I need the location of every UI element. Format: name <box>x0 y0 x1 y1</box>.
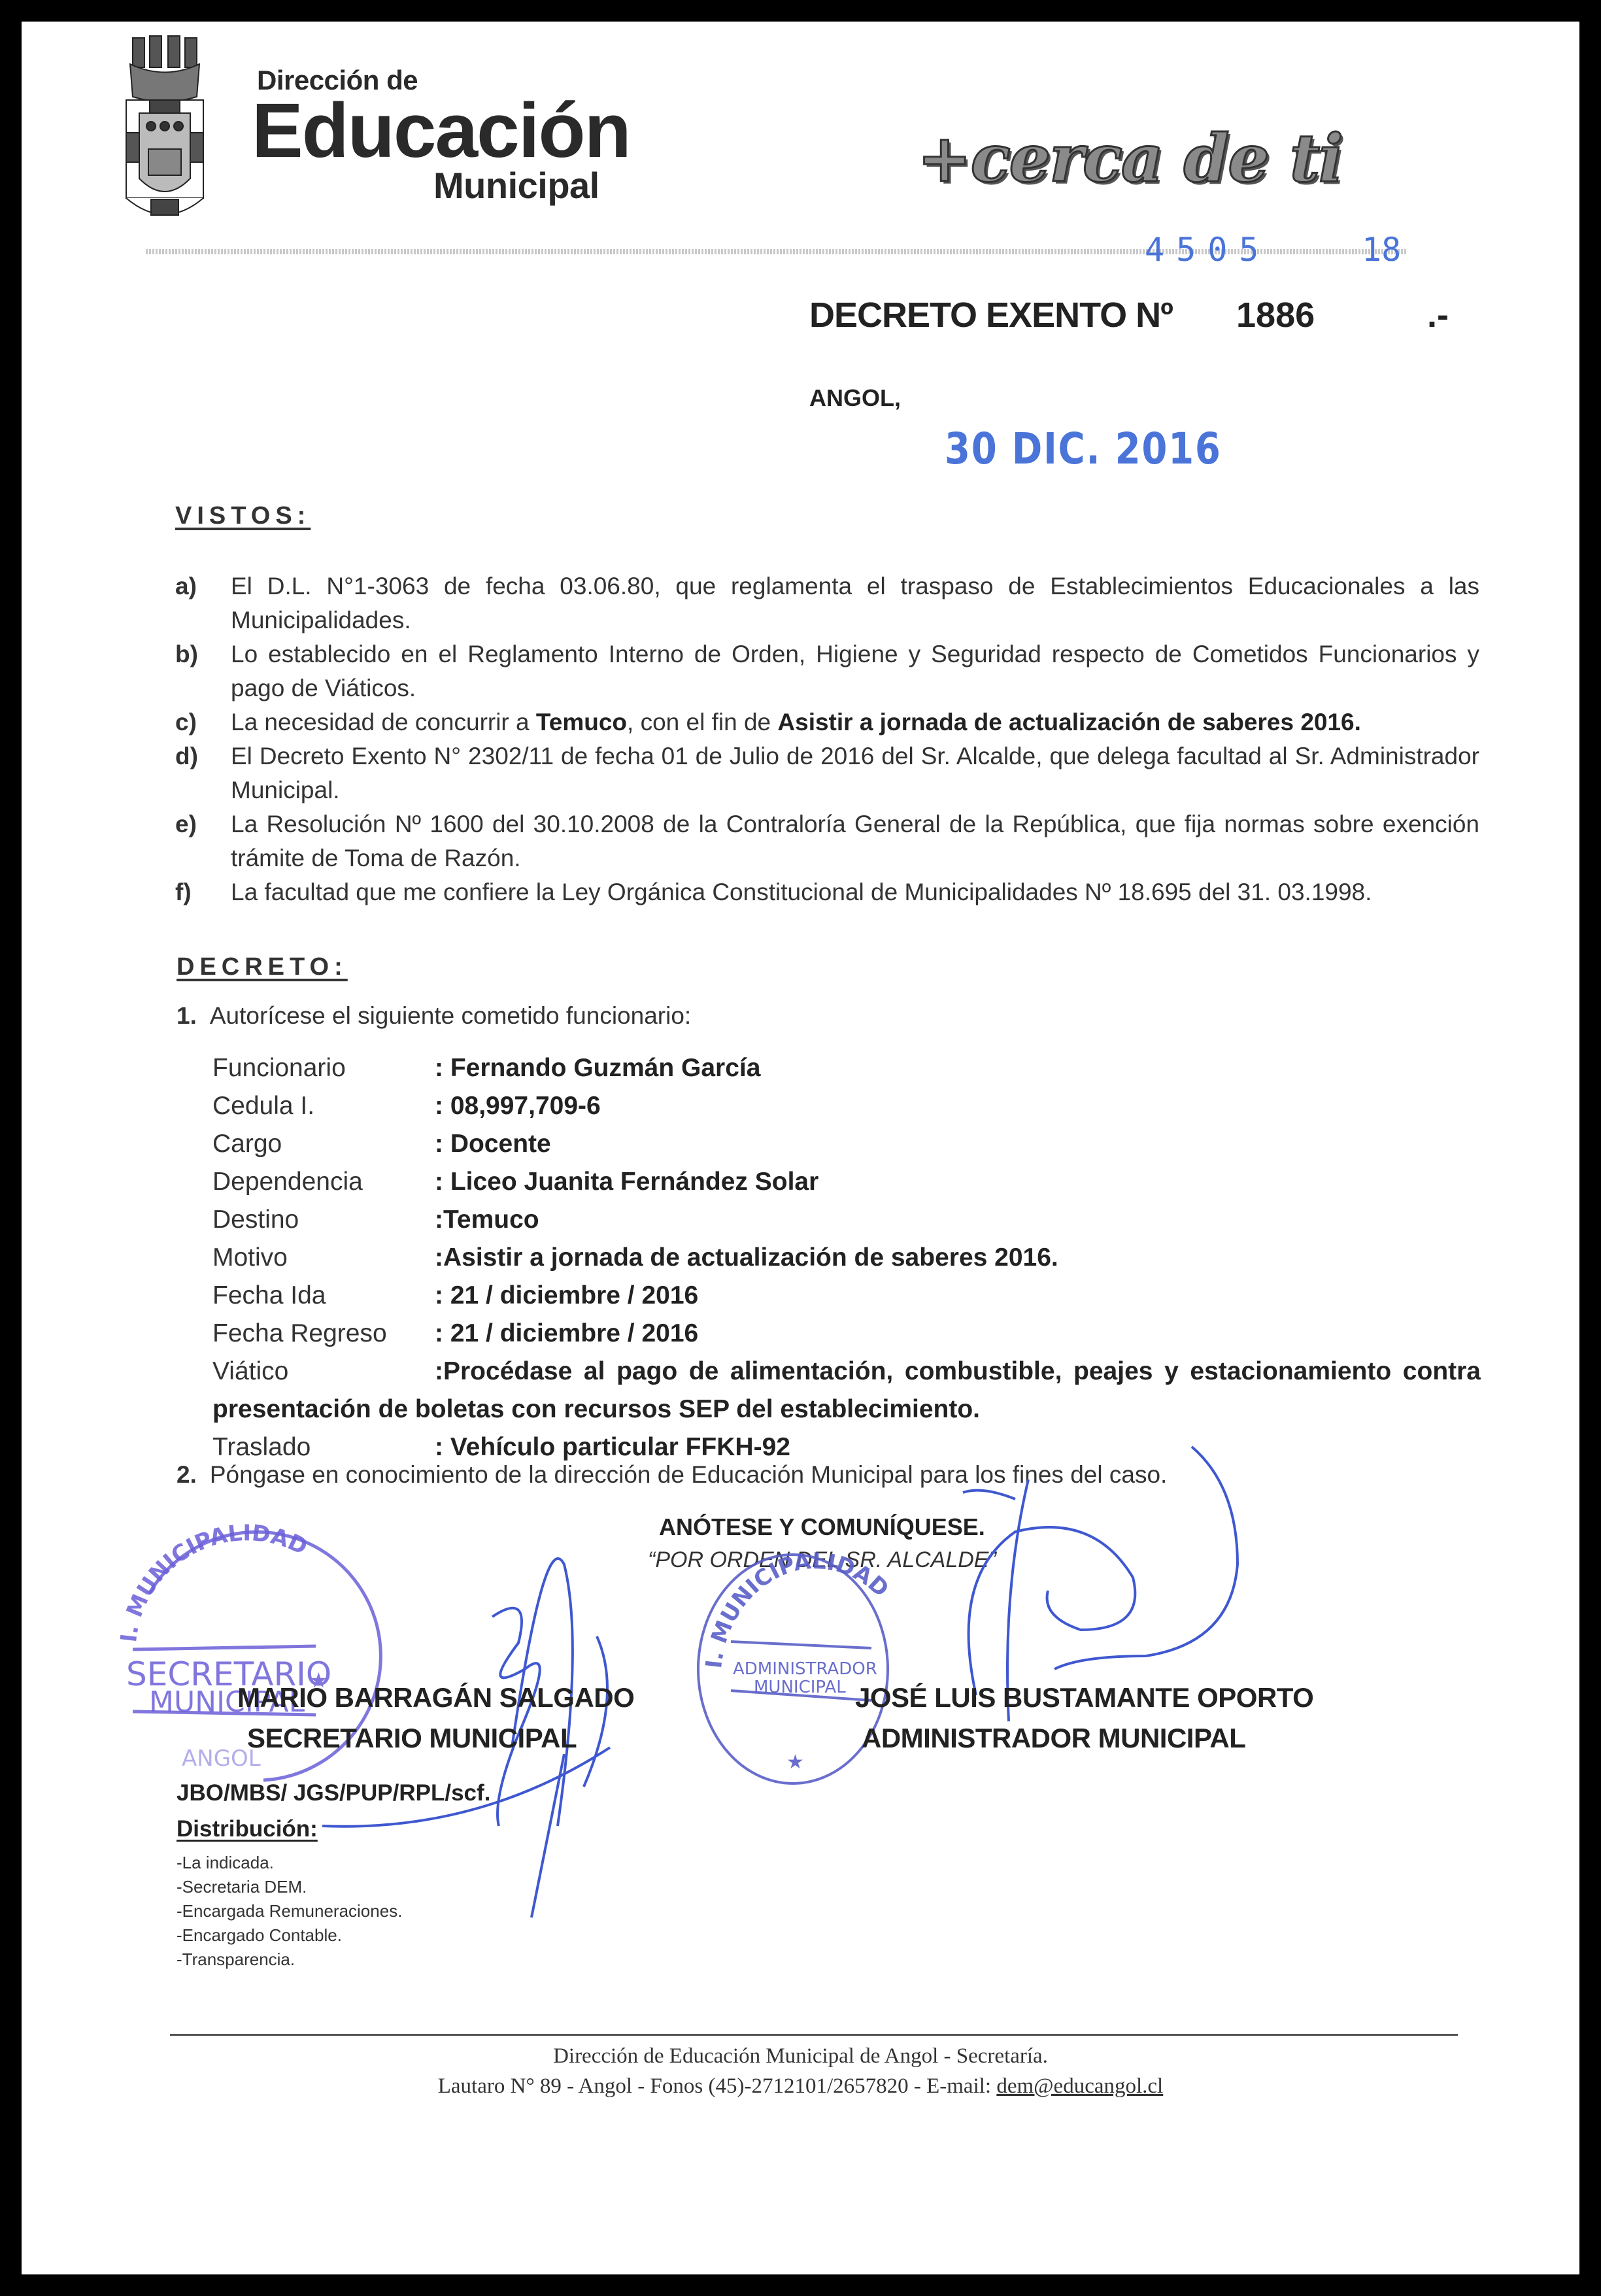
field-value: : Docente <box>435 1125 551 1163</box>
decree-number: 1886 <box>1236 295 1315 335</box>
item-number: 1. <box>177 1002 197 1029</box>
field-value: : Liceo Juanita Fernández Solar <box>435 1163 818 1201</box>
item-text: La necesidad de concurrir a Temuco, con … <box>231 705 1479 739</box>
decreto-item-2: 2.Póngase en conocimiento de la direcció… <box>177 1461 1167 1489</box>
field-value: : 21 / diciembre / 2016 <box>435 1315 698 1353</box>
decree-number-suffix: .- <box>1427 295 1449 335</box>
field-value: : 21 / diciembre / 2016 <box>435 1277 698 1315</box>
field-row-dependencia: Dependencia: Liceo Juanita Fernández Sol… <box>212 1163 1481 1201</box>
received-stamp-suffix: 18 <box>1362 231 1401 269</box>
svg-text:MUNICIPAL: MUNICIPAL <box>754 1678 846 1697</box>
document-page: Dirección de Educación Municipal +cerca … <box>22 22 1579 2274</box>
distribucion-item: -Encargada Remuneraciones. <box>177 1899 402 1923</box>
field-key: Funcionario <box>212 1049 346 1087</box>
item-text-part: , con el fin de <box>627 709 777 735</box>
signatory-2-name: JOSÉ LUIS BUSTAMANTE OPORTO <box>855 1682 1313 1714</box>
closing-anotese: ANÓTESE Y COMUNÍQUESE. <box>659 1513 985 1541</box>
signatory-1-role: SECRETARIO MUNICIPAL <box>247 1723 577 1754</box>
field-row-cedula: Cedula I.: 08,997,709-6 <box>212 1087 1481 1125</box>
received-stamp-number: 4505 <box>1145 231 1270 269</box>
distribucion-list: -La indicada. -Secretaria DEM. -Encargad… <box>177 1851 402 1972</box>
field-key: Destino <box>212 1201 299 1239</box>
date-stamp: 30 DIC. 2016 <box>945 424 1222 474</box>
purpose-bold: Asistir a jornada de actualización de sa… <box>777 709 1361 735</box>
item-text: Autorícese el siguiente cometido funcion… <box>210 1002 691 1029</box>
item-label: e) <box>175 807 197 841</box>
municipal-crest-logo <box>125 35 205 224</box>
field-key: Fecha Ida <box>212 1277 326 1315</box>
closing-por-orden: “POR ORDEN DEL SR. ALCALDE” <box>648 1547 996 1573</box>
cometido-fields: Funcionario: Fernando Guzmán García Cedu… <box>212 1049 1481 1466</box>
decree-title: DECRETO EXENTO Nº <box>809 295 1173 335</box>
decreto-heading: DECRETO: <box>177 953 348 981</box>
field-row-destino: Destino:Temuco <box>212 1201 1481 1239</box>
field-row-motivo: Motivo:Asistir a jornada de actualizació… <box>212 1239 1481 1277</box>
item-text-part: La necesidad de concurrir a <box>231 709 536 735</box>
item-text: Lo establecido en el Reglamento Interno … <box>231 637 1479 705</box>
field-key: Viático <box>212 1353 288 1391</box>
item-label: d) <box>175 739 198 773</box>
distribucion-item: -Transparencia. <box>177 1948 402 1972</box>
svg-text:★: ★ <box>786 1751 804 1774</box>
item-text: La Resolución Nº 1600 del 30.10.2008 de … <box>231 807 1479 875</box>
logo-text-educacion: Educación <box>252 92 630 169</box>
logo-text-municipal: Municipal <box>433 164 599 207</box>
svg-text:ADMINISTRADOR: ADMINISTRADOR <box>733 1659 877 1679</box>
field-value: : 08,997,709-6 <box>435 1087 601 1125</box>
decreto-item-1: 1.Autorícese el siguiente cometido funci… <box>177 1002 691 1030</box>
field-row-fecha-ida: Fecha Ida: 21 / diciembre / 2016 <box>212 1277 1481 1315</box>
item-text: El Decreto Exento N° 2302/11 de fecha 01… <box>231 739 1479 807</box>
destination-bold: Temuco <box>536 709 627 735</box>
item-label: b) <box>175 637 198 671</box>
field-row-fecha-regreso: Fecha Regreso: 21 / diciembre / 2016 <box>212 1315 1481 1353</box>
signatory-1-name: MARIO BARRAGÁN SALGADO <box>237 1682 634 1714</box>
field-value: :Temuco <box>435 1201 539 1239</box>
item-text: Póngase en conocimiento de la dirección … <box>210 1461 1167 1488</box>
item-label: a) <box>175 569 197 603</box>
footer-address: Lautaro N° 89 - Angol - Fonos (45)-27121… <box>438 2074 997 2098</box>
item-label: f) <box>175 875 192 909</box>
item-number: 2. <box>177 1461 197 1488</box>
administrador-stamp-icon <box>698 1555 888 1783</box>
slogan: +cerca de ti <box>917 120 1342 197</box>
field-key: Fecha Regreso <box>212 1315 387 1353</box>
svg-text:I. MUNICIPALIDAD: I. MUNICIPALIDAD <box>116 1520 311 1644</box>
vistos-item-a: a) El D.L. N°1-3063 de fecha 03.06.80, q… <box>175 569 1479 637</box>
vistos-item-b: b) Lo establecido en el Reglamento Inter… <box>175 637 1479 705</box>
distribucion-item: -Encargado Contable. <box>177 1923 402 1948</box>
field-row-funcionario: Funcionario: Fernando Guzmán García <box>212 1049 1481 1087</box>
vistos-item-e: e) La Resolución Nº 1600 del 30.10.2008 … <box>175 807 1479 875</box>
item-text: La facultad que me confiere la Ley Orgán… <box>231 875 1479 909</box>
initials: JBO/MBS/ JGS/PUP/RPL/scf. <box>177 1780 490 1806</box>
item-label: c) <box>175 705 197 739</box>
field-value: :Procédase al pago de alimentación, comb… <box>212 1353 1481 1428</box>
distribucion-item: -Secretaria DEM. <box>177 1875 402 1899</box>
field-key: Cargo <box>212 1125 282 1163</box>
distribucion-item: -La indicada. <box>177 1851 402 1875</box>
field-key: Motivo <box>212 1239 288 1277</box>
field-key: Dependencia <box>212 1163 363 1201</box>
item-text: El D.L. N°1-3063 de fecha 03.06.80, que … <box>231 569 1479 637</box>
footer-line-2: Lautaro N° 89 - Angol - Fonos (45)-27121… <box>22 2074 1579 2099</box>
field-value: : Fernando Guzmán García <box>435 1049 760 1087</box>
vistos-item-d: d) El Decreto Exento N° 2302/11 de fecha… <box>175 739 1479 807</box>
field-row-cargo: Cargo: Docente <box>212 1125 1481 1163</box>
signatory-2-role: ADMINISTRADOR MUNICIPAL <box>862 1723 1245 1754</box>
footer-email-link[interactable]: dem@educangol.cl <box>996 2074 1163 2098</box>
footer-line-1: Dirección de Educación Municipal de Ango… <box>22 2044 1579 2068</box>
field-row-viatico: Viático:Procédase al pago de alimentació… <box>212 1353 1481 1428</box>
vistos-heading: VISTOS: <box>175 502 311 530</box>
vistos-item-f: f) La facultad que me confiere la Ley Or… <box>175 875 1479 909</box>
footer-divider <box>170 2034 1458 2036</box>
vistos-item-c: c) La necesidad de concurrir a Temuco, c… <box>175 705 1479 739</box>
distribucion-heading: Distribución: <box>177 1816 318 1842</box>
field-value: :Asistir a jornada de actualización de s… <box>435 1239 1058 1277</box>
decree-place: ANGOL, <box>809 384 901 412</box>
field-key: Cedula I. <box>212 1087 314 1125</box>
